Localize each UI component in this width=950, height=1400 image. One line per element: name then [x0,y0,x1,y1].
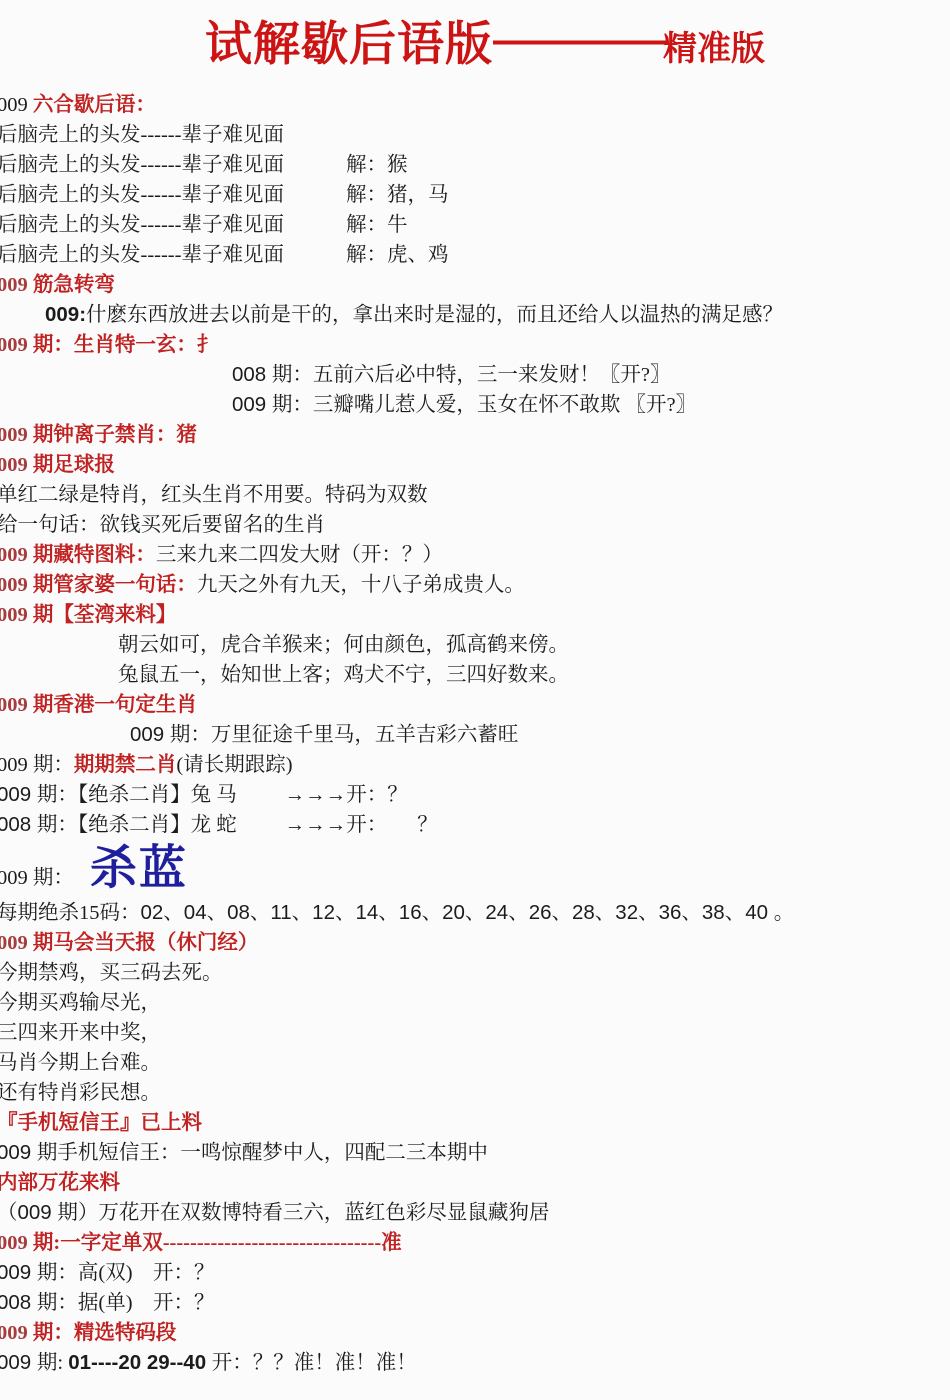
text-segment: 期：万里征途千里马，五羊吉彩六蓄旺 [170,724,519,746]
text-segment: 期足球报 [33,454,115,476]
text-segment: 今期禁鸡，买三码去死。 [0,962,223,984]
text-segment: 后脑壳上的头发------辈子难见面 [0,124,284,146]
title-suffix: 精准版 [663,30,765,68]
text-segment: 今期买鸡输尽光， [0,992,161,1014]
text-line: 009 期钟离子禁肖：猪 [0,420,950,450]
text-segment: 008 [232,363,272,386]
text-line: 009 期【荃湾来料】 [0,600,950,630]
text-line: 009 期：生肖特一玄：扌 [0,330,950,360]
text-segment: ？ [417,814,438,836]
title-main: 试解歇后语版 [205,17,493,70]
text-segment: 02、04、08、11、12、14、16、20、24、26、28、32、36、3… [141,901,795,924]
text-segment: 期马会当天报（休门经） [33,932,259,954]
text-segment: →→→开：？ [285,784,408,806]
text-line: 009 期: 01----20 29--40 开：？？准！准！准！ [0,1348,950,1378]
title-dash: ————— [493,18,663,62]
text-segment: 六合歇后语： [33,94,156,116]
text-segment: 009 [0,454,33,476]
text-segment: （ [0,1202,18,1224]
text-line: 后脑壳上的头发------辈子难见面 [0,120,950,150]
text-segment: 期:一字定单双--------------------------------准 [33,1232,402,1254]
text-segment: 009: [45,303,86,326]
text-segment: 解：猴 [346,154,408,176]
text-line: 马肖今期上台难。 [0,1048,950,1078]
text-line: 009 期：杀蓝 [0,840,950,898]
text-segment: 009 [0,274,33,296]
text-segment: 009 [0,544,33,566]
text-segment: 009 期： [0,754,74,776]
text-line: 朝云如可，虎合羊猴来；何由颜色，孤高鹤来傍。 [118,630,950,660]
text-segment: 期：生肖特一玄：扌 [33,334,218,356]
text-segment: 杀蓝 [90,843,188,895]
text-segment: 单红二绿是特肖，红头生肖不用要。特码为双数 [0,484,428,506]
text-segment: 后脑壳上的头发------辈子难见面 [0,154,284,176]
text-line: 009 期藏特图料：三来九来二四发大财（开：？） [0,540,950,570]
text-line: 单红二绿是特肖，红头生肖不用要。特码为双数 [0,480,950,510]
text-line: 后脑壳上的头发------辈子难见面解：虎、鸡 [0,240,950,270]
text-segment: →→→开： [285,814,388,836]
text-segment: 开：？？准！准！准！ [212,1352,417,1374]
text-line: 009 期足球报 [0,450,950,480]
text-segment: 马肖今期上台难。 [0,1052,161,1074]
text-line: 009 期手机短信王：一鸣惊醒梦中人，四配二三本期中 [0,1138,950,1168]
text-segment: 每期绝杀15码： [0,902,141,924]
text-line: 009 六合歇后语： [0,90,950,120]
text-segment: 009 [0,783,37,806]
document-page: 试解歇后语版—————精准版 009 六合歇后语：后脑壳上的头发------辈子… [0,0,950,1378]
page-title: 试解歇后语版—————精准版 [0,2,950,90]
text-segment: 后脑壳上的头发------辈子难见面 [0,214,284,236]
text-line: 008 期：据(单) 开：？ [0,1288,950,1318]
text-segment: 后脑壳上的头发------辈子难见面 [0,184,284,206]
text-line: （009 期）万花开在双数博特看三六，蓝红色彩尽显鼠藏狗居 [0,1198,950,1228]
text-segment: 『手机短信王』已上料 [0,1112,202,1134]
text-segment: 01----20 29--40 [68,1351,212,1374]
text-segment: 009 [0,1322,33,1344]
text-segment: 009 [0,604,33,626]
text-segment: 期香港一句定生肖 [33,694,197,716]
text-segment: 期：三瓣嘴儿惹人爱，玉女在怀不敢欺 〖开?〗 [272,394,696,416]
text-line: 009 期:一字定单双-----------------------------… [0,1228,950,1258]
text-line: 009 期：【绝杀二肖】兔 马→→→开：？ [0,780,950,810]
text-line: 009:什麽东西放进去以前是干的，拿出来时是湿的，而且还给人以温热的满足感？ [45,300,950,330]
text-line: 给一句话：欲钱买死后要留名的生肖 [0,510,950,540]
text-segment: 解：牛 [346,214,408,236]
text-line: 009 期：万里征途千里马，五羊吉彩六蓄旺 [130,720,950,750]
text-segment: 009 [0,574,33,596]
text-segment: 什麽东西放进去以前是干的，拿出来时是湿的，而且还给人以温热的满足感？ [86,304,783,326]
text-segment: 009 [0,1261,37,1284]
text-segment: 期）万花开在双数博特看三六，蓝红色彩尽显鼠藏狗居 [57,1202,549,1224]
text-segment: 期：【绝杀二肖】兔 马 [37,784,237,806]
text-segment: 三来九来二四发大财（开：？） [156,544,443,566]
text-segment: 期藏特图料： [33,544,156,566]
text-line: 009 期香港一句定生肖 [0,690,950,720]
text-segment: 九天之外有九天，十八子弟成贵人。 [197,574,525,596]
text-line: 今期禁鸡，买三码去死。 [0,958,950,988]
text-line: 后脑壳上的头发------辈子难见面解：牛 [0,210,950,240]
text-segment: 008 [0,1291,37,1314]
text-line: 兔鼠五一，始知世上客；鸡犬不宁，三四好数来。 [118,660,950,690]
text-segment: 后脑壳上的头发------辈子难见面 [0,244,284,266]
text-segment: 009 [0,424,33,446]
text-segment: 009 [0,1141,37,1164]
text-line: 内部万花来料 [0,1168,950,1198]
text-segment: 兔鼠五一，始知世上客；鸡犬不宁，三四好数来。 [118,664,569,686]
text-segment: 期【荃湾来料】 [33,604,177,626]
text-segment: 期: [37,1352,68,1374]
text-segment: 期管家婆一句话： [33,574,197,596]
text-line: 今期买鸡输尽光， [0,988,950,1018]
text-line: 每期绝杀15码：02、04、08、11、12、14、16、20、24、26、28… [0,898,950,928]
text-line: 009 期马会当天报（休门经） [0,928,950,958]
text-line: 009 期：精选特码段 [0,1318,950,1348]
text-segment: 筋急转弯 [33,274,115,296]
text-segment: 期期禁二肖 [74,754,177,776]
text-segment: 009 期： [0,867,74,889]
text-segment: 给一句话：欲钱买死后要留名的生肖 [0,514,325,536]
text-segment: 期：据(单) 开：？ [37,1292,215,1314]
text-segment: 内部万花来料 [0,1172,120,1194]
text-line: 后脑壳上的头发------辈子难见面解：猪，马 [0,180,950,210]
text-segment: 还有特肖彩民想。 [0,1082,161,1104]
text-line: 三四来开来中奖， [0,1018,950,1048]
text-segment: 009 [0,1351,37,1374]
text-segment: 009 [0,932,33,954]
text-segment: 期：【绝杀二肖】龙 蛇 [37,814,237,836]
text-line: 008 期：【绝杀二肖】龙 蛇→→→开：？ [0,810,950,840]
text-line: 009 筋急转弯 [0,270,950,300]
text-segment: 009 [18,1201,58,1224]
text-segment: 期：精选特码段 [33,1322,177,1344]
document-body: 009 六合歇后语：后脑壳上的头发------辈子难见面后脑壳上的头发-----… [0,90,950,1378]
text-segment: 解：虎、鸡 [346,244,449,266]
text-segment: 009 [130,723,170,746]
text-line: 后脑壳上的头发------辈子难见面解：猴 [0,150,950,180]
text-segment: 期钟离子禁肖：猪 [33,424,197,446]
text-line: 009 期管家婆一句话：九天之外有九天，十八子弟成贵人。 [0,570,950,600]
text-segment: 009 [0,334,33,356]
text-segment: 009 [232,393,272,416]
text-segment: 期手机短信王：一鸣惊醒梦中人，四配二三本期中 [37,1142,488,1164]
text-segment: 009 [0,94,33,116]
text-line: 『手机短信王』已上料 [0,1108,950,1138]
text-line: 009 期：三瓣嘴儿惹人爱，玉女在怀不敢欺 〖开?〗 [232,390,950,420]
text-segment: 009 [0,1232,33,1254]
text-segment: 009 [0,694,33,716]
text-segment: 解：猪，马 [346,184,449,206]
text-line: 009 期：高(双) 开：？ [0,1258,950,1288]
text-line: 还有特肖彩民想。 [0,1078,950,1108]
text-segment: 朝云如可，虎合羊猴来；何由颜色，孤高鹤来傍。 [118,634,569,656]
text-segment: 期：高(双) 开：？ [37,1262,215,1284]
text-line: 009 期：期期禁二肖(请长期跟踪) [0,750,950,780]
text-segment: 三四来开来中奖， [0,1022,161,1044]
text-segment: (请长期跟踪) [176,754,292,776]
text-segment: 期：五前六后必中特，三一来发财！〖开?〗 [272,364,671,386]
text-line: 008 期：五前六后必中特，三一来发财！〖开?〗 [232,360,950,390]
text-segment: 008 [0,813,37,836]
